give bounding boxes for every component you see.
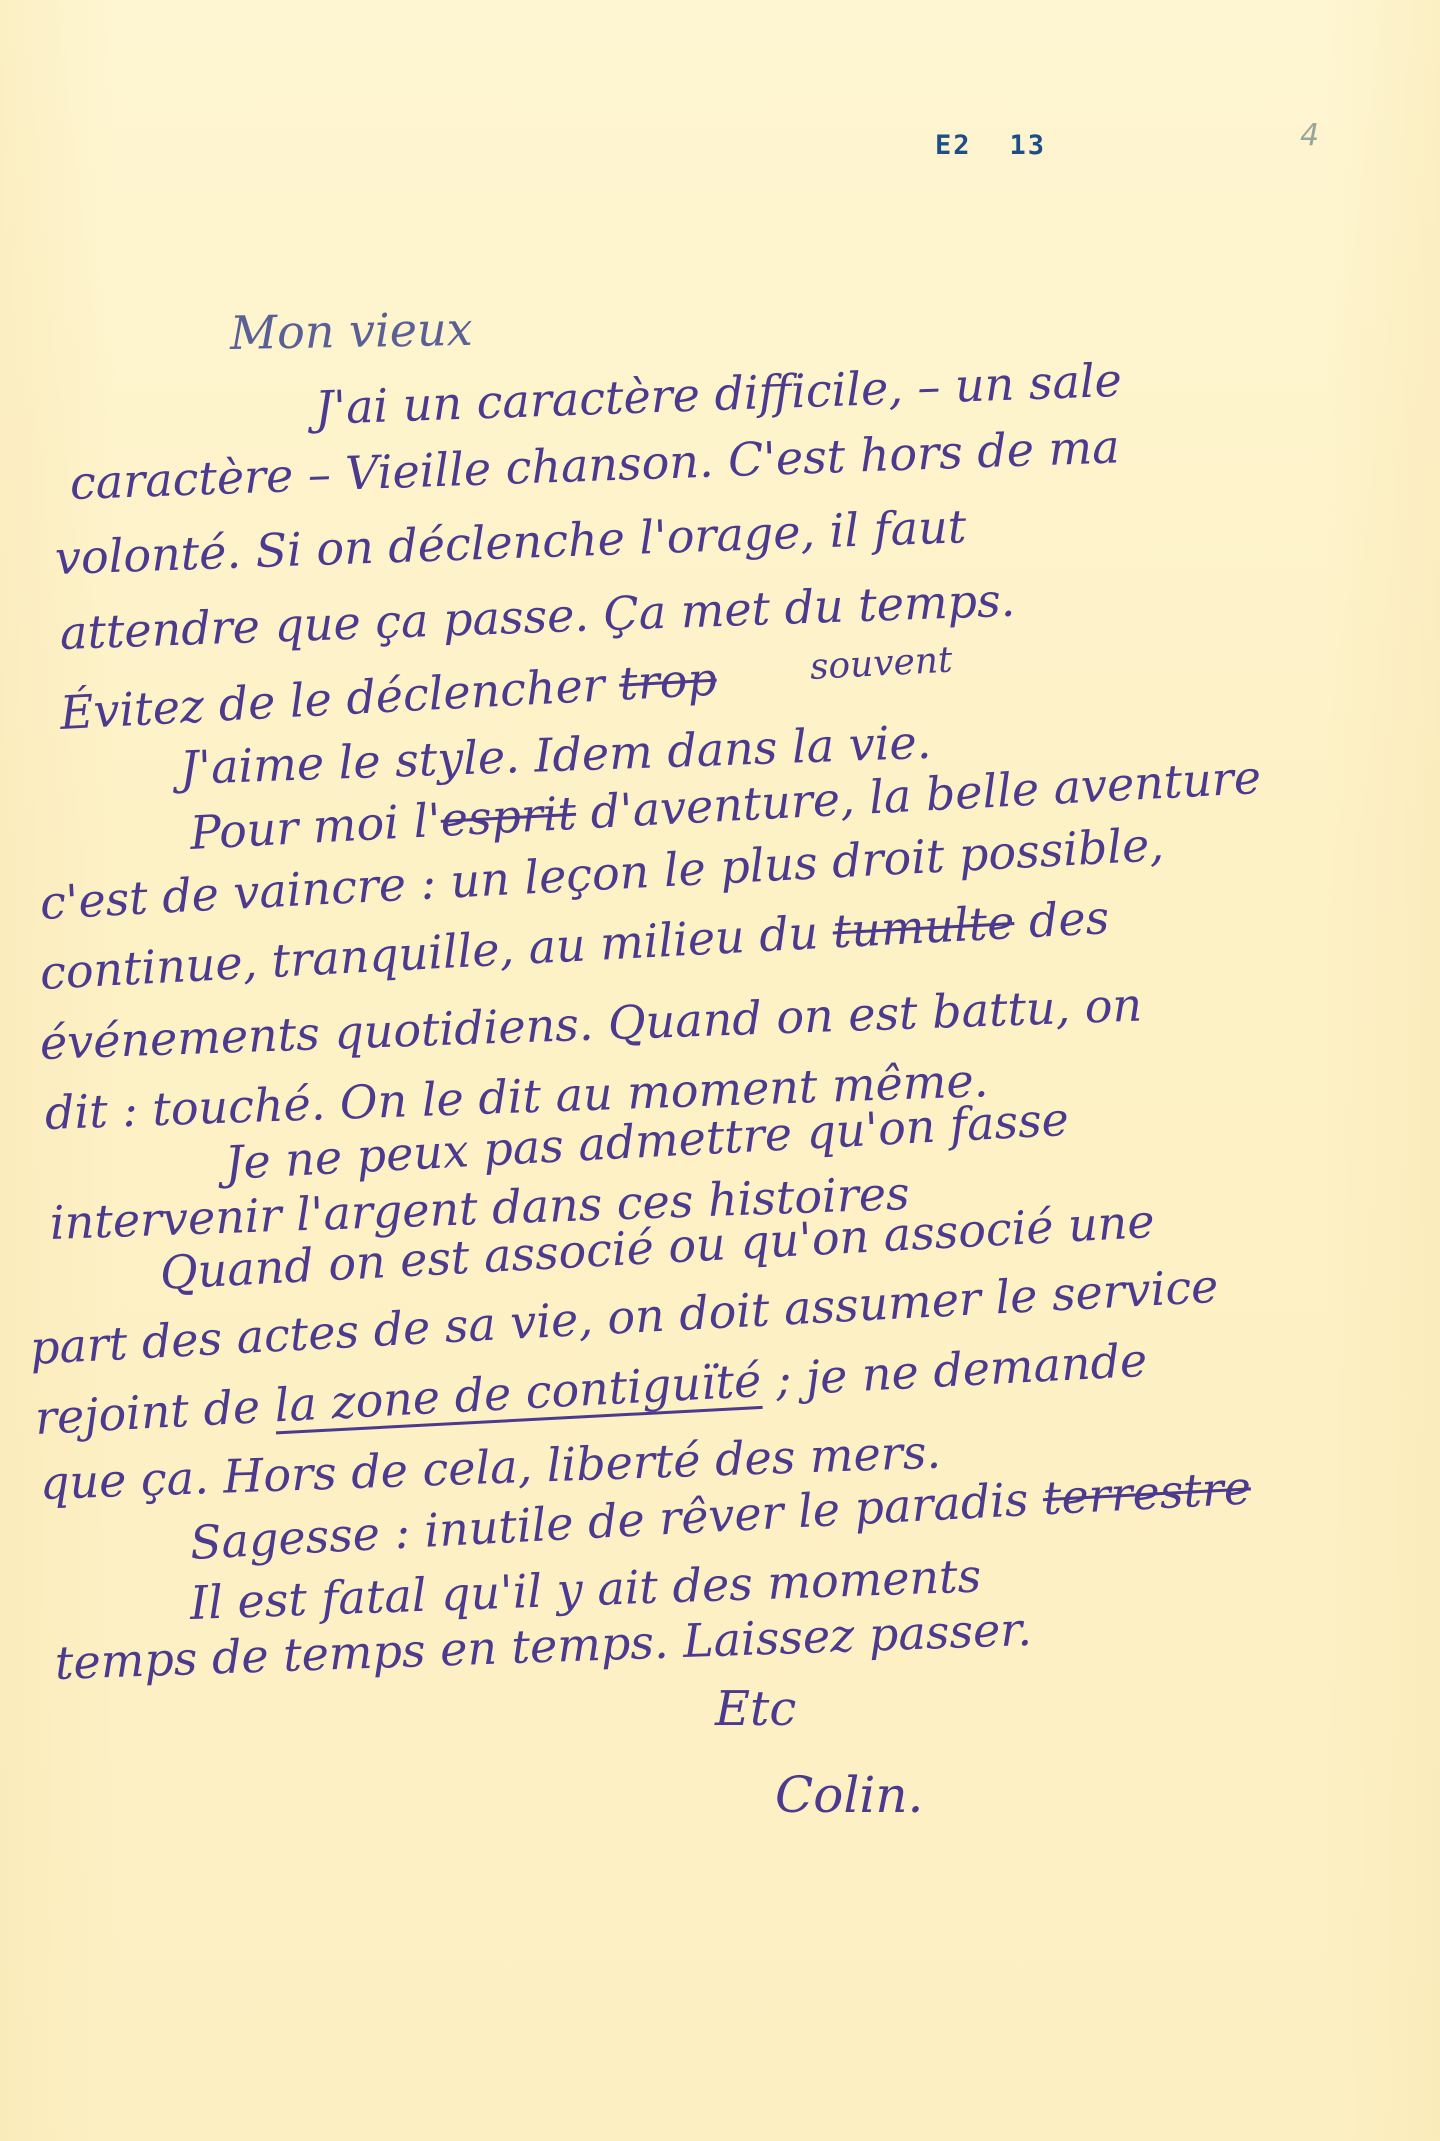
letter-line: J'ai un caractère difficile, – un sale xyxy=(314,357,1122,431)
letter-text: rejoint de xyxy=(34,1379,262,1445)
letter-closing: Etc xyxy=(715,1685,796,1733)
underlined-text: la zone de contiguïté xyxy=(273,1353,762,1432)
struck-text: esprit xyxy=(439,786,577,847)
handwritten-letter: Mon vieux J'ai un caractère difficile, –… xyxy=(0,0,1440,2141)
letter-text: Pour moi l' xyxy=(189,793,443,860)
struck-text: trop xyxy=(618,652,718,711)
letter-line: volonté. Si on déclenche l'orage, il fau… xyxy=(54,503,967,581)
struck-text: tumulte xyxy=(831,895,1015,958)
letter-line-group: Évitez de le déclencher trop xyxy=(59,656,718,736)
letter-line: caractère – Vieille chanson. C'est hors … xyxy=(69,423,1120,506)
letter-signature: Colin. xyxy=(775,1770,923,1820)
struck-text: terrestre xyxy=(1041,1460,1252,1525)
inserted-text: souvent xyxy=(809,643,953,686)
letter-text: ; je ne demande xyxy=(774,1333,1148,1406)
letter-salutation: Mon vieux xyxy=(230,306,473,356)
letter-text: des xyxy=(1027,890,1110,948)
letter-text: Évitez de le déclencher xyxy=(59,657,606,739)
